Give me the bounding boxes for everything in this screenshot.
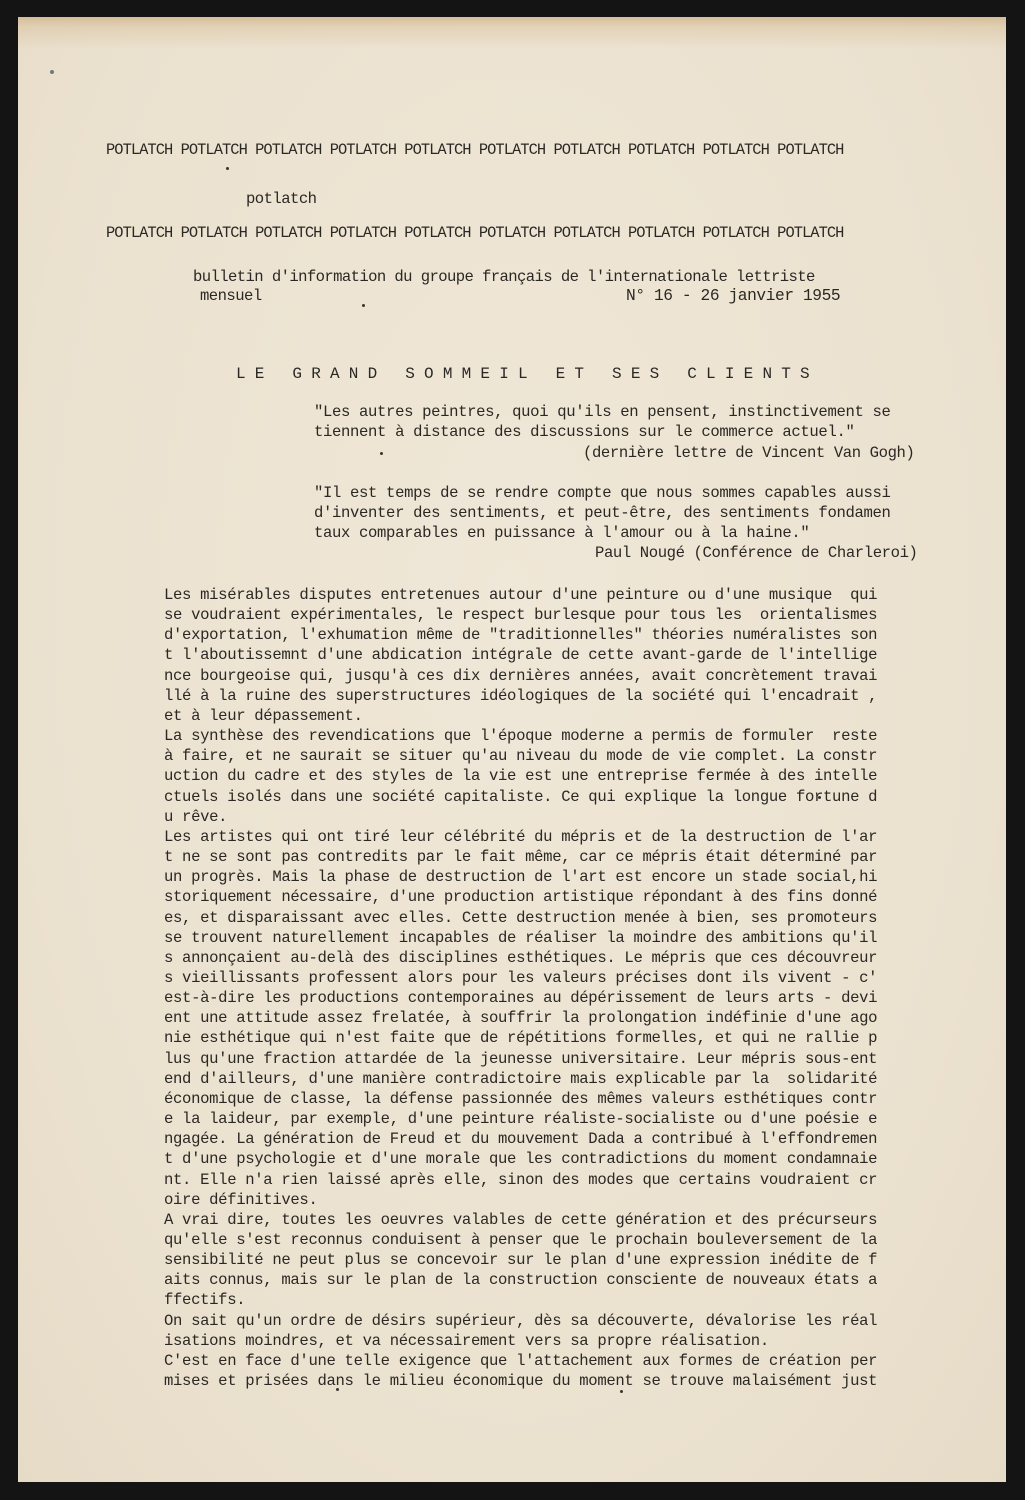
bulletin-frequency: mensuel: [200, 286, 262, 306]
ink-speck: [336, 1388, 339, 1391]
article-headline: LE GRAND SOMMEIL ET SES CLIENTS: [236, 364, 819, 384]
article-body: Les misérables disputes entretenues auto…: [164, 585, 877, 1391]
ink-speck: [226, 167, 229, 170]
masthead-small-title: potlatch: [246, 189, 316, 209]
masthead-banner-bottom: POTLATCH POTLATCH POTLATCH POTLATCH POTL…: [106, 223, 843, 243]
issue-number-date: N° 16 - 26 janvier 1955: [626, 286, 840, 306]
epigraph-quote-2: "Il est temps de se rendre compte que no…: [314, 483, 891, 544]
paper-stain: [50, 70, 54, 74]
epigraph-attribution-1: (dernière lettre de Vincent Van Gogh): [583, 443, 914, 463]
masthead-banner-top: POTLATCH POTLATCH POTLATCH POTLATCH POTL…: [106, 140, 843, 160]
document-page: POTLATCH POTLATCH POTLATCH POTLATCH POTL…: [18, 17, 1006, 1482]
epigraph-quote-1: "Les autres peintres, quoi qu'ils en pen…: [314, 402, 891, 442]
epigraph-attribution-2: Paul Nougé (Conférence de Charleroi): [595, 543, 917, 563]
ink-speck: [818, 796, 821, 799]
bulletin-subtitle: bulletin d'information du groupe françai…: [193, 267, 815, 287]
ink-speck: [362, 304, 365, 307]
ink-speck: [620, 1390, 623, 1393]
ink-speck: [380, 452, 383, 455]
